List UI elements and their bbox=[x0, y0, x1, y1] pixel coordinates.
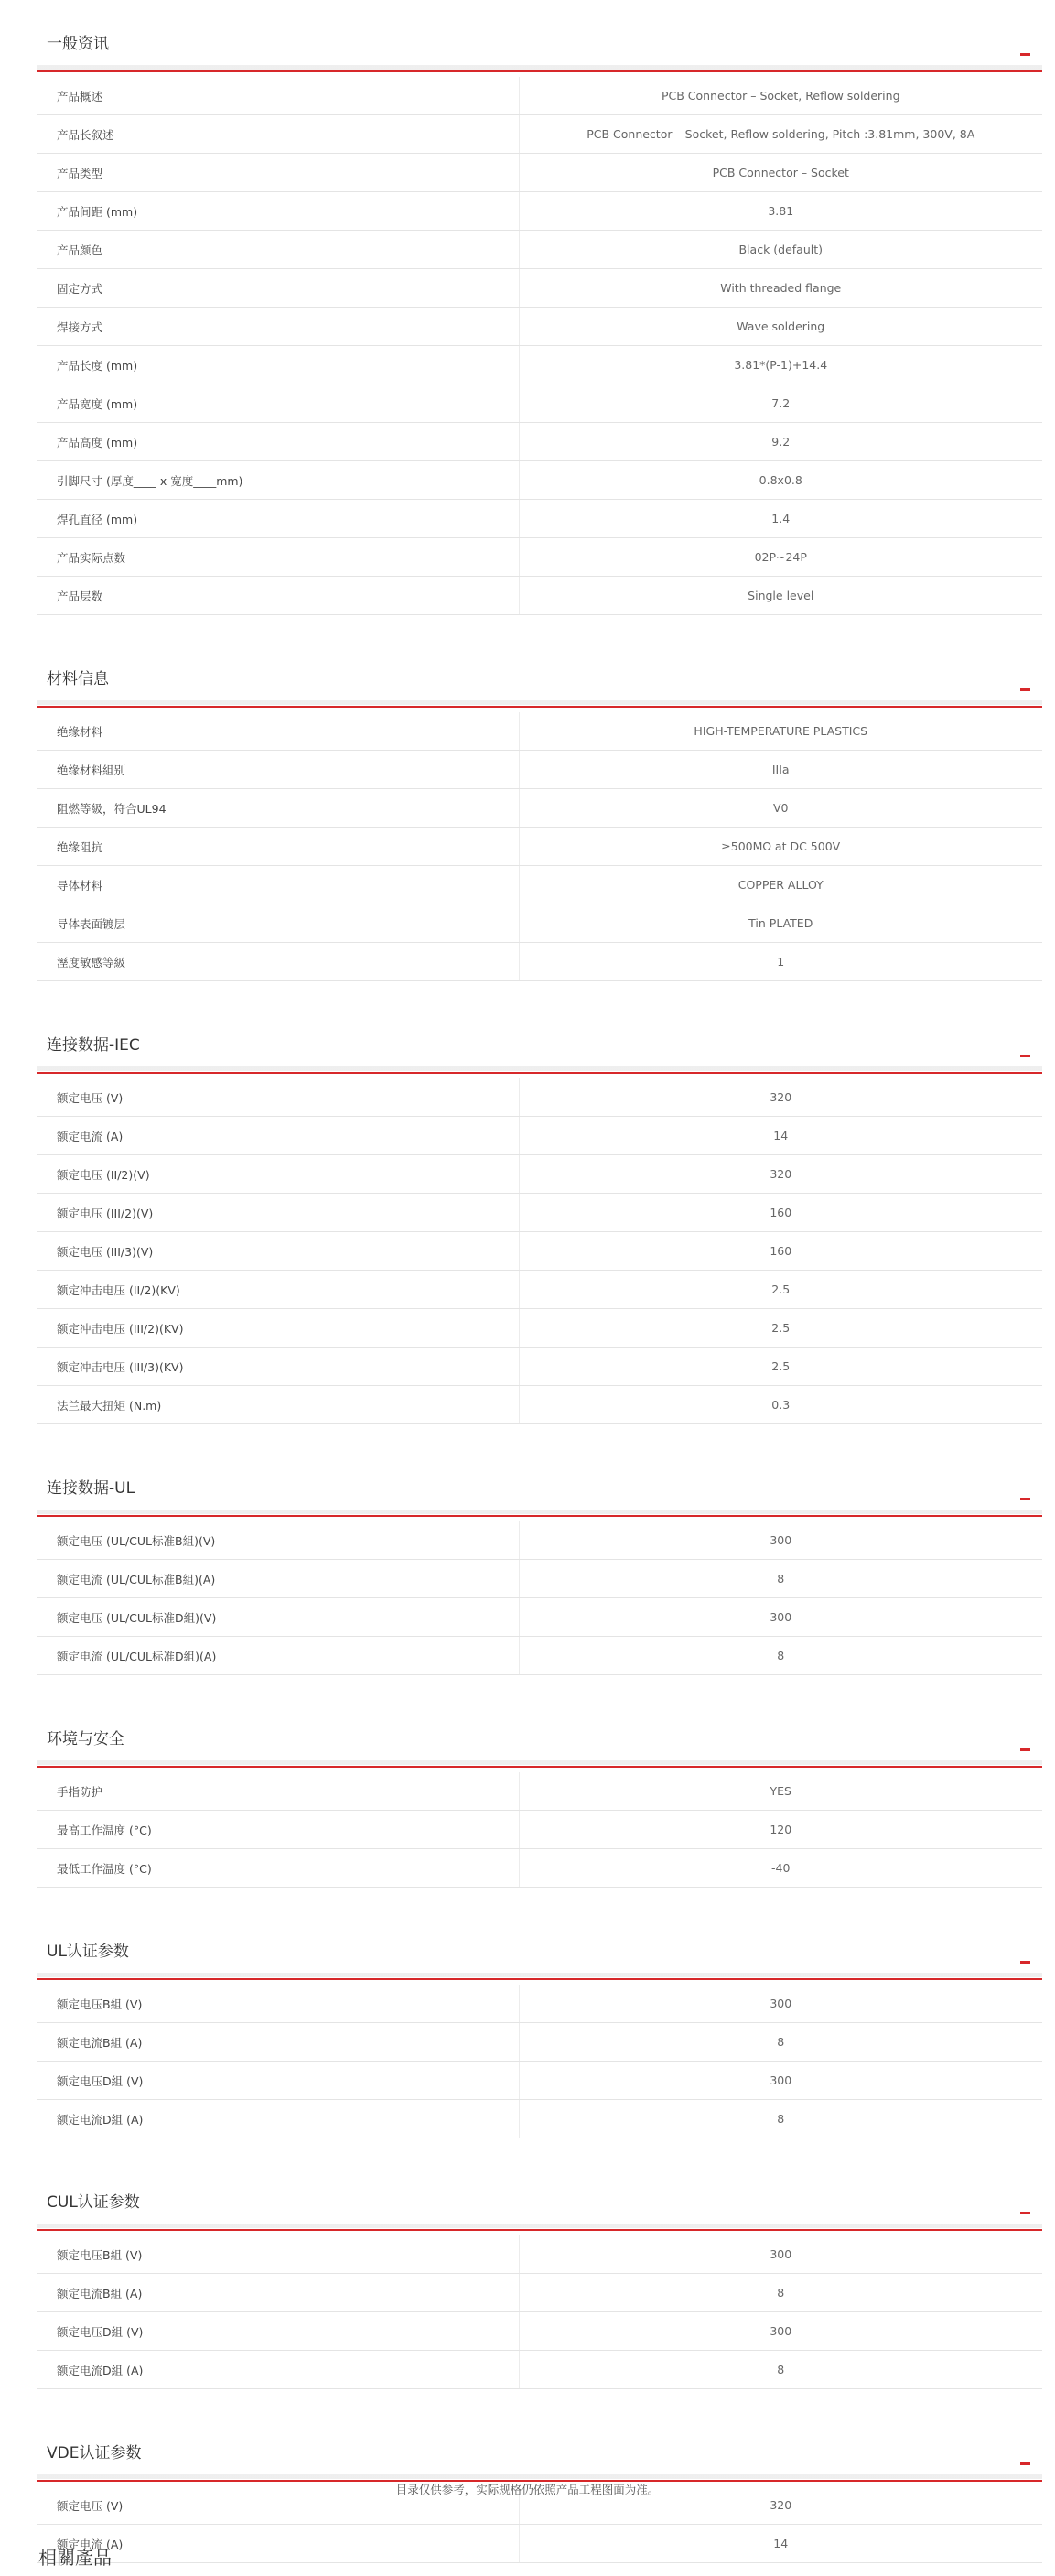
spec-sections: 一般资讯 产品概述PCB Connector – Socket, Reflow … bbox=[37, 0, 1042, 2576]
row-value: 300 bbox=[519, 1985, 1042, 2023]
spec-table: 额定电压 (UL/CUL标准B組)(V)300额定电流 (UL/CUL标准B組)… bbox=[37, 1521, 1042, 1675]
row-label: 最低工作温度 (°C) bbox=[37, 1849, 519, 1888]
row-label: 产品宽度 (mm) bbox=[37, 384, 519, 423]
row-label: 产品概述 bbox=[37, 77, 519, 115]
row-value: 8 bbox=[519, 2100, 1042, 2138]
row-value: 300 bbox=[519, 2235, 1042, 2274]
table-row: 额定电压 (II/2)(V)320 bbox=[37, 1155, 1042, 1194]
minus-icon[interactable] bbox=[1020, 688, 1030, 691]
table-row: 额定电流 (UL/CUL标准D組)(A)8 bbox=[37, 1637, 1042, 1675]
table-row: 额定电压B組 (V)300 bbox=[37, 2235, 1042, 2274]
spec-section-2: 连接数据-IEC 额定电压 (V)320额定电流 (A)14额定电压 (II/2… bbox=[37, 1001, 1042, 1445]
row-label: 额定电压B組 (V) bbox=[37, 1985, 519, 2023]
minus-icon[interactable] bbox=[1020, 2212, 1030, 2214]
section-title: UL认证参数 bbox=[47, 1941, 129, 1963]
row-value: 1.4 bbox=[519, 500, 1042, 538]
row-value: 0.3 bbox=[519, 1386, 1042, 1424]
section-header[interactable]: 连接数据-IEC bbox=[37, 1001, 1042, 1078]
section-title: 连接数据-UL bbox=[47, 1477, 135, 1499]
row-value: 300 bbox=[519, 2062, 1042, 2100]
table-row: 额定电压B組 (V)300 bbox=[37, 1985, 1042, 2023]
row-value: 2.5 bbox=[519, 1348, 1042, 1386]
row-label: 额定电流 (A) bbox=[37, 1117, 519, 1155]
row-label: 导体材料 bbox=[37, 866, 519, 904]
row-label: 产品间距 (mm) bbox=[37, 192, 519, 231]
section-header[interactable]: 材料信息 bbox=[37, 635, 1042, 712]
row-value: Tin PLATED bbox=[519, 904, 1042, 943]
dotted-divider bbox=[37, 65, 1042, 70]
dotted-divider bbox=[37, 1066, 1042, 1071]
table-row: 额定冲击电压 (III/3)(KV)2.5 bbox=[37, 1348, 1042, 1386]
table-row: 产品间距 (mm)3.81 bbox=[37, 192, 1042, 231]
spec-section-0: 一般资讯 产品概述PCB Connector – Socket, Reflow … bbox=[37, 0, 1042, 635]
row-label: 额定冲击电压 (III/2)(KV) bbox=[37, 1309, 519, 1348]
minus-icon[interactable] bbox=[1020, 1748, 1030, 1751]
dotted-divider bbox=[37, 1510, 1042, 1514]
table-row: 产品概述PCB Connector – Socket, Reflow solde… bbox=[37, 77, 1042, 115]
spec-table: 产品概述PCB Connector – Socket, Reflow solde… bbox=[37, 77, 1042, 615]
row-label: 引脚尺寸 (厚度____ x 宽度____mm) bbox=[37, 461, 519, 500]
table-row: 额定电压D組 (V)300 bbox=[37, 2312, 1042, 2351]
table-row: 额定电流 (A)14 bbox=[37, 2525, 1042, 2563]
minus-icon[interactable] bbox=[1020, 2462, 1030, 2465]
table-row: 产品实际点数02P~24P bbox=[37, 538, 1042, 577]
section-title: 一般资讯 bbox=[47, 33, 109, 55]
table-row: 额定电流 (UL/CUL标准B組)(A)8 bbox=[37, 1560, 1042, 1598]
row-value: COPPER ALLOY bbox=[519, 866, 1042, 904]
row-value: 320 bbox=[519, 1078, 1042, 1117]
spec-table: 手指防护YES最高工作温度 (°C)120最低工作温度 (°C)-40 bbox=[37, 1772, 1042, 1888]
accent-divider bbox=[37, 70, 1042, 72]
section-title: 环境与安全 bbox=[47, 1728, 124, 1750]
row-value: 160 bbox=[519, 1194, 1042, 1232]
section-header[interactable]: 连接数据-UL bbox=[37, 1445, 1042, 1521]
minus-icon[interactable] bbox=[1020, 53, 1030, 56]
accent-divider bbox=[37, 706, 1042, 708]
spec-section-3: 连接数据-UL 额定电压 (UL/CUL标准B組)(V)300额定电流 (UL/… bbox=[37, 1445, 1042, 1695]
row-label: 导体表面镀层 bbox=[37, 904, 519, 943]
row-value: 8 bbox=[519, 1637, 1042, 1675]
row-value: 120 bbox=[519, 1811, 1042, 1849]
table-row: 额定电压 (III/3)(V)160 bbox=[37, 1232, 1042, 1271]
spec-table: 额定电压 (V)320额定电流 (A)14额定电压 (II/2)(V)320额定… bbox=[37, 1078, 1042, 1424]
row-label: 绝缘材料組别 bbox=[37, 751, 519, 789]
row-label: 焊孔直径 (mm) bbox=[37, 500, 519, 538]
row-value: 8 bbox=[519, 1560, 1042, 1598]
row-value: 300 bbox=[519, 1598, 1042, 1637]
section-title: VDE认证参数 bbox=[47, 2442, 141, 2464]
row-label: 阻燃等級，符合UL94 bbox=[37, 789, 519, 828]
section-header[interactable]: 环境与安全 bbox=[37, 1695, 1042, 1772]
row-value: 3.81 bbox=[519, 192, 1042, 231]
table-row: 产品层数Single level bbox=[37, 577, 1042, 615]
row-label: 额定电流 (UL/CUL标准B組)(A) bbox=[37, 1560, 519, 1598]
related-products-heading: 相關產品 bbox=[38, 2545, 112, 2571]
row-label: 产品类型 bbox=[37, 154, 519, 192]
table-row: 额定电流 (A)14 bbox=[37, 1117, 1042, 1155]
section-title: CUL认证参数 bbox=[47, 2192, 140, 2213]
row-value: 2.5 bbox=[519, 1271, 1042, 1309]
row-label: 额定电压B組 (V) bbox=[37, 2235, 519, 2274]
accent-divider bbox=[37, 2229, 1042, 2231]
section-header[interactable]: VDE认证参数 bbox=[37, 2409, 1042, 2486]
row-value: With threaded flange bbox=[519, 269, 1042, 308]
row-label: 法兰最大扭矩 (N.m) bbox=[37, 1386, 519, 1424]
table-row: 导体材料COPPER ALLOY bbox=[37, 866, 1042, 904]
table-row: 额定电压 (UL/CUL标准D組)(V)300 bbox=[37, 1598, 1042, 1637]
table-row: 产品类型PCB Connector – Socket bbox=[37, 154, 1042, 192]
table-row: 绝缘材料HIGH-TEMPERATURE PLASTICS bbox=[37, 712, 1042, 751]
table-row: 焊孔直径 (mm)1.4 bbox=[37, 500, 1042, 538]
row-label: 固定方式 bbox=[37, 269, 519, 308]
row-value: 14 bbox=[519, 1117, 1042, 1155]
table-row: 产品高度 (mm)9.2 bbox=[37, 423, 1042, 461]
row-value: 8 bbox=[519, 2274, 1042, 2312]
row-value: 3.81*(P-1)+14.4 bbox=[519, 346, 1042, 384]
table-row: 额定电流D組 (A)8 bbox=[37, 2100, 1042, 2138]
row-value: 7.2 bbox=[519, 384, 1042, 423]
section-header[interactable]: 一般资讯 bbox=[37, 0, 1042, 77]
row-label: 额定电压 (UL/CUL标准B組)(V) bbox=[37, 1521, 519, 1560]
spec-section-4: 环境与安全 手指防护YES最高工作温度 (°C)120最低工作温度 (°C)-4… bbox=[37, 1695, 1042, 1908]
row-label: 额定电压D組 (V) bbox=[37, 2312, 519, 2351]
table-row: 引脚尺寸 (厚度____ x 宽度____mm)0.8x0.8 bbox=[37, 461, 1042, 500]
row-value: 320 bbox=[519, 1155, 1042, 1194]
row-label: 溼度敏感等級 bbox=[37, 943, 519, 981]
row-value: 14 bbox=[519, 2525, 1042, 2563]
table-row: 导体表面镀层Tin PLATED bbox=[37, 904, 1042, 943]
table-row: 最高工作温度 (°C)120 bbox=[37, 1811, 1042, 1849]
table-row: 法兰最大扭矩 (N.m)0.3 bbox=[37, 1386, 1042, 1424]
row-label: 额定电流B組 (A) bbox=[37, 2274, 519, 2312]
row-value: 2.5 bbox=[519, 1309, 1042, 1348]
row-label: 额定电压 (III/3)(V) bbox=[37, 1232, 519, 1271]
row-value: 8 bbox=[519, 2351, 1042, 2389]
minus-icon[interactable] bbox=[1020, 1498, 1030, 1500]
accent-divider bbox=[37, 1978, 1042, 1980]
row-value: 300 bbox=[519, 1521, 1042, 1560]
table-row: 额定电压 (III/2)(V)160 bbox=[37, 1194, 1042, 1232]
table-row: 手指防护YES bbox=[37, 1772, 1042, 1811]
table-row: 产品长度 (mm)3.81*(P-1)+14.4 bbox=[37, 346, 1042, 384]
row-value: 300 bbox=[519, 2312, 1042, 2351]
table-row: 产品长叙述PCB Connector – Socket, Reflow sold… bbox=[37, 115, 1042, 154]
table-row: 产品颜色Black (default) bbox=[37, 231, 1042, 269]
row-value: ≥500MΩ at DC 500V bbox=[519, 828, 1042, 866]
row-value: Black (default) bbox=[519, 231, 1042, 269]
table-row: 绝缘材料組别IIIa bbox=[37, 751, 1042, 789]
row-value: V0 bbox=[519, 789, 1042, 828]
row-label: 绝缘阻抗 bbox=[37, 828, 519, 866]
row-label: 额定电压 (UL/CUL标准D組)(V) bbox=[37, 1598, 519, 1637]
row-label: 额定冲击电压 (II/2)(KV) bbox=[37, 1271, 519, 1309]
accent-divider bbox=[37, 1072, 1042, 1074]
section-title: 连接数据-IEC bbox=[47, 1034, 140, 1056]
table-row: 额定冲击电压 (III/2)(KV)2.5 bbox=[37, 1309, 1042, 1348]
table-row: 额定电压D組 (V)300 bbox=[37, 2062, 1042, 2100]
row-value: IIIa bbox=[519, 751, 1042, 789]
row-value: 160 bbox=[519, 1232, 1042, 1271]
row-label: 额定电流 (UL/CUL标准D組)(A) bbox=[37, 1637, 519, 1675]
spec-table: 额定电压B組 (V)300额定电流B組 (A)8额定电压D組 (V)300额定电… bbox=[37, 1985, 1042, 2138]
row-label: 额定冲击电压 (III/3)(KV) bbox=[37, 1348, 519, 1386]
row-label: 最高工作温度 (°C) bbox=[37, 1811, 519, 1849]
table-row: 额定冲击电压 (II/2)(KV)2.5 bbox=[37, 1271, 1042, 1309]
row-value: HIGH-TEMPERATURE PLASTICS bbox=[519, 712, 1042, 751]
row-value: 8 bbox=[519, 2023, 1042, 2062]
row-value: 0.8x0.8 bbox=[519, 461, 1042, 500]
minus-icon[interactable] bbox=[1020, 1961, 1030, 1964]
section-title: 材料信息 bbox=[47, 668, 109, 690]
table-row: 额定电流B組 (A)8 bbox=[37, 2023, 1042, 2062]
row-label: 额定电压D組 (V) bbox=[37, 2062, 519, 2100]
row-label: 额定电压 (II/2)(V) bbox=[37, 1155, 519, 1194]
disclaimer-note: 目录仅供参考，实际规格仍依照产品工程图面为准。 bbox=[0, 2481, 1055, 2497]
dotted-divider bbox=[37, 2224, 1042, 2228]
spec-section-5: UL认证参数 额定电压B組 (V)300额定电流B組 (A)8额定电压D組 (V… bbox=[37, 1908, 1042, 2159]
row-label: 产品实际点数 bbox=[37, 538, 519, 577]
table-row: 溼度敏感等級1 bbox=[37, 943, 1042, 981]
spec-table: 额定电压B組 (V)300额定电流B組 (A)8额定电压D組 (V)300额定电… bbox=[37, 2235, 1042, 2389]
table-row: 额定电压 (UL/CUL标准B組)(V)300 bbox=[37, 1521, 1042, 1560]
table-row: 产品宽度 (mm)7.2 bbox=[37, 384, 1042, 423]
row-label: 额定电流D組 (A) bbox=[37, 2100, 519, 2138]
row-label: 焊接方式 bbox=[37, 308, 519, 346]
accent-divider bbox=[37, 1766, 1042, 1768]
row-value: 02P~24P bbox=[519, 538, 1042, 577]
spec-table: 绝缘材料HIGH-TEMPERATURE PLASTICS绝缘材料組别IIIa阻… bbox=[37, 712, 1042, 981]
spec-section-6: CUL认证参数 额定电压B組 (V)300额定电流B組 (A)8额定电压D組 (… bbox=[37, 2159, 1042, 2409]
dotted-divider bbox=[37, 1760, 1042, 1765]
table-row: 额定电流B組 (A)8 bbox=[37, 2274, 1042, 2312]
row-label: 产品层数 bbox=[37, 577, 519, 615]
row-label: 手指防护 bbox=[37, 1772, 519, 1811]
table-row: 绝缘阻抗≥500MΩ at DC 500V bbox=[37, 828, 1042, 866]
row-label: 额定电压 (V) bbox=[37, 1078, 519, 1117]
row-label: 产品长度 (mm) bbox=[37, 346, 519, 384]
dotted-divider bbox=[37, 1973, 1042, 1977]
row-label: 产品颜色 bbox=[37, 231, 519, 269]
table-row: 固定方式With threaded flange bbox=[37, 269, 1042, 308]
table-row: 额定电压 (V)320 bbox=[37, 1078, 1042, 1117]
spec-table: 额定电压 (V)320额定电流 (A)14 bbox=[37, 2486, 1042, 2563]
row-label: 产品长叙述 bbox=[37, 115, 519, 154]
accent-divider bbox=[37, 1515, 1042, 1517]
row-value: 9.2 bbox=[519, 423, 1042, 461]
row-value: -40 bbox=[519, 1849, 1042, 1888]
row-value: PCB Connector – Socket, Reflow soldering bbox=[519, 77, 1042, 115]
row-value: Single level bbox=[519, 577, 1042, 615]
dotted-divider bbox=[37, 2474, 1042, 2479]
table-row: 焊接方式Wave soldering bbox=[37, 308, 1042, 346]
row-value: 1 bbox=[519, 943, 1042, 981]
section-header[interactable]: UL认证参数 bbox=[37, 1908, 1042, 1985]
row-label: 额定电流B組 (A) bbox=[37, 2023, 519, 2062]
table-row: 最低工作温度 (°C)-40 bbox=[37, 1849, 1042, 1888]
row-value: PCB Connector – Socket bbox=[519, 154, 1042, 192]
spec-section-1: 材料信息 绝缘材料HIGH-TEMPERATURE PLASTICS绝缘材料組别… bbox=[37, 635, 1042, 1001]
row-label: 额定电流D組 (A) bbox=[37, 2351, 519, 2389]
row-value: Wave soldering bbox=[519, 308, 1042, 346]
row-value: PCB Connector – Socket, Reflow soldering… bbox=[519, 115, 1042, 154]
row-label: 产品高度 (mm) bbox=[37, 423, 519, 461]
minus-icon[interactable] bbox=[1020, 1055, 1030, 1057]
section-header[interactable]: CUL认证参数 bbox=[37, 2159, 1042, 2235]
dotted-divider bbox=[37, 700, 1042, 705]
table-row: 额定电流D組 (A)8 bbox=[37, 2351, 1042, 2389]
row-label: 绝缘材料 bbox=[37, 712, 519, 751]
row-value: YES bbox=[519, 1772, 1042, 1811]
row-label: 额定电压 (III/2)(V) bbox=[37, 1194, 519, 1232]
table-row: 阻燃等級，符合UL94V0 bbox=[37, 789, 1042, 828]
